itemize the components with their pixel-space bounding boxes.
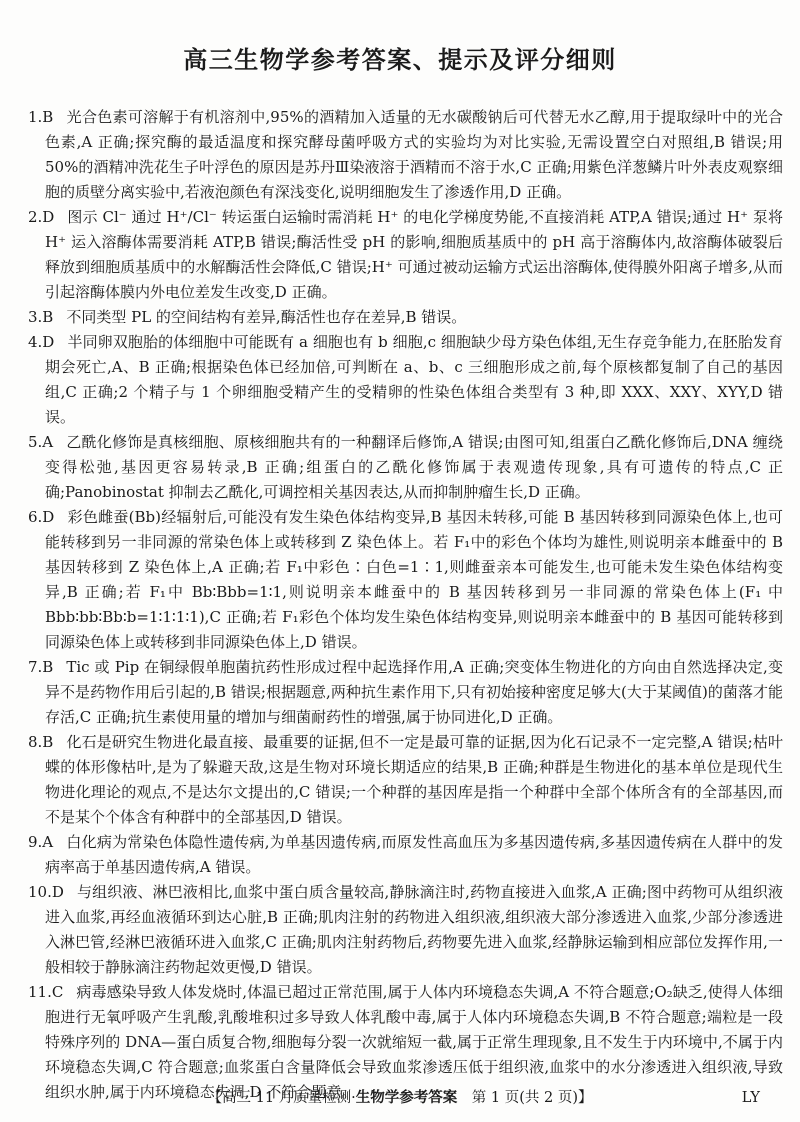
- answer-number: 6.D: [28, 508, 54, 526]
- answer-number: 11.C: [28, 983, 63, 1001]
- answer-text: 光合色素可溶解于有机溶剂中,95%的酒精加入适量的无水碳酸钠后可代替无水乙醇,用…: [45, 108, 783, 201]
- answer-text: 图示 Cl⁻ 通过 H⁺/Cl⁻ 转运蛋白运输时需消耗 H⁺ 的电化学梯度势能,…: [45, 208, 783, 301]
- answer-item-2: 2.D图示 Cl⁻ 通过 H⁺/Cl⁻ 转运蛋白运输时需消耗 H⁺ 的电化学梯度…: [28, 205, 783, 305]
- answer-item-9: 9.A白化病为常染色体隐性遗传病,为单基因遗传病,而原发性高血压为多基因遗传病,…: [28, 830, 783, 880]
- answer-number: 4.D: [28, 333, 54, 351]
- answer-text: 彩色雌蚕(Bb)经辐射后,可能没有发生染色体结构变异,B 基因未转移,可能 B …: [45, 508, 783, 651]
- answer-item-7: 7.BTic 或 Pip 在铜绿假单胞菌抗药性形成过程中起选择作用,A 正确;突…: [28, 655, 783, 730]
- answer-item-1: 1.B光合色素可溶解于有机溶剂中,95%的酒精加入适量的无水碳酸钠后可代替无水乙…: [28, 105, 783, 205]
- answer-number: 9.A: [28, 833, 53, 851]
- answer-item-10: 10.D与组织液、淋巴液相比,血浆中蛋白质含量较高,静脉滴注时,药物直接进入血浆…: [28, 880, 783, 980]
- answer-text: 不同类型 PL 的空间结构有差异,酶活性也存在差异,B 错误。: [66, 308, 466, 326]
- answer-item-6: 6.D彩色雌蚕(Bb)经辐射后,可能没有发生染色体结构变异,B 基因未转移,可能…: [28, 505, 783, 655]
- document-page: 高三生物学参考答案、提示及评分细则 1.B光合色素可溶解于有机溶剂中,95%的酒…: [0, 0, 800, 1122]
- answer-text: 与组织液、淋巴液相比,血浆中蛋白质含量较高,静脉滴注时,药物直接进入血浆,A 正…: [45, 883, 783, 976]
- footer-subject: 生物学参考答案: [356, 1089, 458, 1106]
- page-footer: 【高三 11 月质量检测·生物学参考答案 第 1 页(共 2 页)】 LY: [0, 1087, 800, 1109]
- answer-item-8: 8.B化石是研究生物进化最直接、最重要的证据,但不一定是最可靠的证据,因为化石记…: [28, 730, 783, 830]
- answer-number: 3.B: [28, 308, 53, 326]
- answers-list: 1.B光合色素可溶解于有机溶剂中,95%的酒精加入适量的无水碳酸钠后可代替无水乙…: [28, 105, 783, 1105]
- answer-text: 乙酰化修饰是真核细胞、原核细胞共有的一种翻译后修饰,A 错误;由图可知,组蛋白乙…: [45, 433, 783, 501]
- footer-code: LY: [742, 1087, 760, 1109]
- answer-number: 5.A: [28, 433, 53, 451]
- answer-number: 1.B: [28, 108, 53, 126]
- footer-exam-name: 【高三 11 月质量检测·: [208, 1090, 356, 1106]
- answer-text: 病毒感染导致人体发烧时,体温已超过正常范围,属于人体内环境稳态失调,A 不符合题…: [45, 983, 783, 1101]
- answer-number: 7.B: [28, 658, 53, 676]
- footer-page-number: 第 1 页(共 2 页)】: [457, 1090, 592, 1106]
- answer-item-4: 4.D半同卵双胞胎的体细胞中可能既有 a 细胞也有 b 细胞,c 细胞缺少母方染…: [28, 330, 783, 430]
- answer-text: 白化病为常染色体隐性遗传病,为单基因遗传病,而原发性高血压为多基因遗传病,多基因…: [45, 833, 783, 876]
- answer-text: Tic 或 Pip 在铜绿假单胞菌抗药性形成过程中起选择作用,A 正确;突变体生…: [45, 658, 783, 726]
- answer-number: 8.B: [28, 733, 53, 751]
- answer-number: 10.D: [28, 883, 64, 901]
- answer-text: 半同卵双胞胎的体细胞中可能既有 a 细胞也有 b 细胞,c 细胞缺少母方染色体组…: [45, 333, 783, 426]
- page-title: 高三生物学参考答案、提示及评分细则: [0, 0, 800, 75]
- answer-text: 化石是研究生物进化最直接、最重要的证据,但不一定是最可靠的证据,因为化石记录不一…: [45, 733, 783, 826]
- footer-text: 【高三 11 月质量检测·生物学参考答案 第 1 页(共 2 页)】: [0, 1087, 800, 1109]
- answer-item-5: 5.A乙酰化修饰是真核细胞、原核细胞共有的一种翻译后修饰,A 错误;由图可知,组…: [28, 430, 783, 505]
- answer-item-3: 3.B不同类型 PL 的空间结构有差异,酶活性也存在差异,B 错误。: [28, 305, 783, 330]
- answer-number: 2.D: [28, 208, 54, 226]
